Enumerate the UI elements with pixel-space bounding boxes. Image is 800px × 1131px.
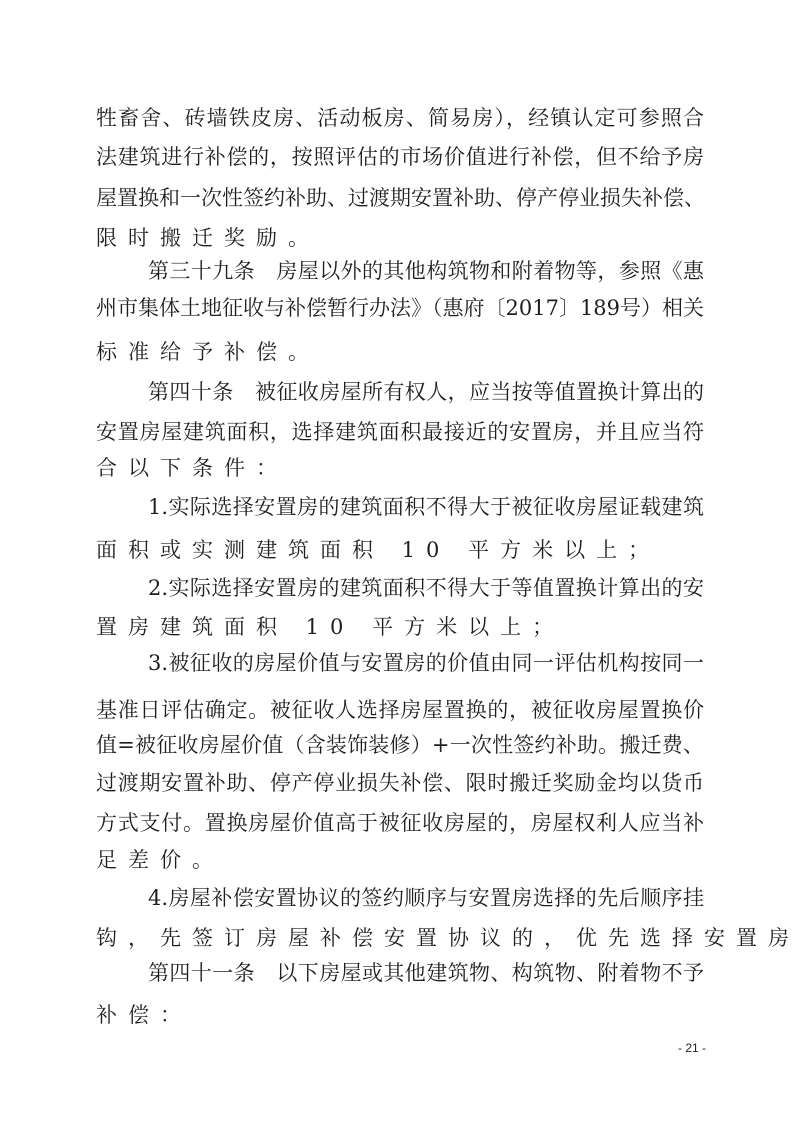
article-41-heading-line: 第四十一条 以下房屋或其他建筑物、构筑物、附着物不予 xyxy=(148,958,704,988)
text-line: 限时搬迁奖励。 xyxy=(96,223,704,253)
text-line: 值=被征收房屋价值（含装饰装修）+一次性签约补助。搬迁费、 xyxy=(96,730,704,760)
text-line: 屋置换和一次性签约补助、过渡期安置补助、停产停业损失补偿、 xyxy=(96,183,704,213)
text-line: 置房建筑面积 10 平方米以上； xyxy=(96,612,704,642)
text-line: 州市集体土地征收与补偿暂行办法》（惠府〔2017〕189号）相关 xyxy=(96,293,704,323)
article-39-heading-line: 第三十九条 房屋以外的其他构筑物和附着物等，参照《惠 xyxy=(148,256,704,286)
text-line: 安置房屋建筑面积，选择建筑面积最接近的安置房，并且应当符 xyxy=(96,417,704,447)
text-line: 钩，先签订房屋补偿安置协议的，优先选择安置房。 xyxy=(96,923,704,953)
text-line: 过渡期安置补助、停产停业损失补偿、限时搬迁奖励金均以货币 xyxy=(96,768,704,798)
list-item-2-line: 2.实际选择安置房的建筑面积不得大于等值置换计算出的安 xyxy=(148,573,704,603)
text-line: 法建筑进行补偿的，按照评估的市场价值进行补偿，但不给予房 xyxy=(96,142,704,172)
text-line: 牲畜舍、砖墙铁皮房、活动板房、简易房），经镇认定可参照合 xyxy=(96,103,704,133)
list-item-4-line: 4.房屋补偿安置协议的签约顺序与安置房选择的先后顺序挂 xyxy=(148,883,704,913)
list-item-1-line: 1.实际选择安置房的建筑面积不得大于被征收房屋证载建筑 xyxy=(148,492,704,522)
text-line: 面积或实测建筑面积 10 平方米以上； xyxy=(96,535,704,565)
text-line: 标准给予补偿。 xyxy=(96,337,704,367)
list-item-3-line: 3.被征收的房屋价值与安置房的价值由同一评估机构按同一 xyxy=(148,648,704,678)
text-line: 合以下条件： xyxy=(96,453,704,483)
text-line: 方式支付。置换房屋价值高于被征收房屋的，房屋权利人应当补 xyxy=(96,808,704,838)
page-number: - 21 - xyxy=(672,1038,712,1058)
text-line: 基准日评估确定。被征收人选择房屋置换的，被征收房屋置换价 xyxy=(96,695,704,725)
text-line: 足差价。 xyxy=(96,845,704,875)
text-line: 补偿： xyxy=(96,1000,704,1030)
article-40-heading-line: 第四十条 被征收房屋所有权人，应当按等值置换计算出的 xyxy=(148,377,704,407)
document-page: 牲畜舍、砖墙铁皮房、活动板房、简易房），经镇认定可参照合 法建筑进行补偿的，按照… xyxy=(0,0,800,1131)
